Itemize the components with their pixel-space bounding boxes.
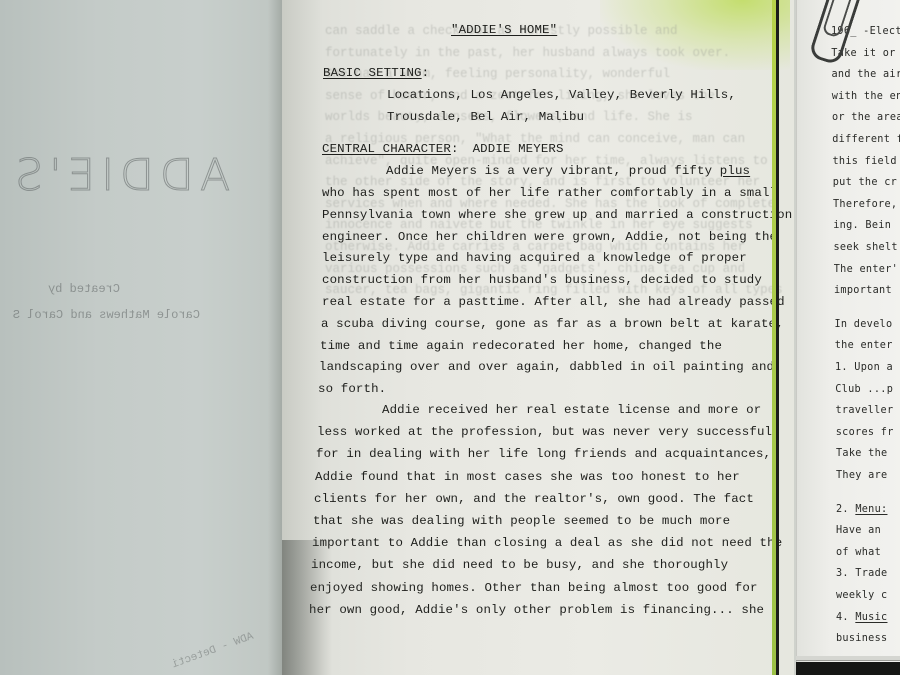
- paragraph-1-line: so forth.: [318, 382, 386, 396]
- document-title: "ADDIE'S HOME": [451, 23, 557, 37]
- paragraph-1-line: real estate for a pasttime. After all, s…: [322, 295, 785, 309]
- right-sheet-line: 1. Upon a: [835, 362, 893, 373]
- basic-setting-label: BASIC SETTING: [323, 66, 422, 80]
- paragraph-1-first-line: Addie Meyers is a very vibrant, proud fi…: [386, 164, 750, 178]
- central-character-label: CENTRAL CHARACTER: [322, 142, 451, 156]
- folder-edge: [776, 0, 779, 675]
- mirrored-cover-title: ADDIE'S HO: [0, 150, 230, 201]
- dark-background-strip: [796, 662, 900, 675]
- paragraph-2-line: clients for her own, and the realtor's, …: [314, 492, 754, 506]
- paragraph-1-line: construction from her husband's business…: [322, 273, 762, 287]
- right-sheet-line: 2. Menu:: [836, 504, 887, 515]
- central-character-name: ADDIE MEYERS: [473, 142, 564, 156]
- right-sheet-line: scores fr: [836, 427, 894, 438]
- paragraph-1-line: Pennsylvania town where she grew up and …: [322, 208, 792, 222]
- central-character-colon: :: [451, 142, 459, 156]
- mirrored-authors: Carole Mathews and Carol S: [0, 308, 200, 322]
- right-sheet-line: this field: [833, 156, 897, 167]
- paragraph-1-line: landscaping over and over again, dabbled…: [319, 360, 774, 374]
- right-sheet-line: 4. Music: [836, 612, 887, 623]
- basic-setting-heading: BASIC SETTING:: [323, 66, 429, 80]
- right-sheet-line: business: [836, 633, 887, 644]
- right-sheet-line: The enter': [834, 264, 898, 275]
- right-sheet-line: put the cr: [833, 177, 897, 188]
- right-sheet-bottom-edge: [796, 656, 900, 661]
- right-sheet-line: They are: [836, 470, 887, 481]
- paragraph-1-line: who has spent most of her life rather co…: [322, 186, 777, 200]
- locations-line-2: Trousdale, Bel Air, Malibu: [387, 110, 584, 124]
- right-sheet-line: Club ...p: [835, 384, 893, 395]
- paragraph-2-line: less worked at the profession, but was n…: [317, 425, 780, 439]
- paragraph-1-line: engineer. Once her children were grown, …: [322, 230, 777, 244]
- right-sheet-line: seek shelt: [834, 242, 898, 253]
- paragraph-2-line: income, but she did need to be busy, and…: [311, 558, 728, 572]
- right-sheet-line: and the air: [832, 69, 900, 80]
- paragraph-1-line: time and time again redecorated her home…: [320, 339, 722, 353]
- right-sheet-line: Have an: [836, 525, 881, 536]
- central-character-heading: CENTRAL CHARACTER:ADDIE MEYERS: [322, 142, 564, 156]
- right-sheet-line: ing. Bein: [833, 220, 891, 231]
- right-sheet-line: traveller: [836, 405, 894, 416]
- locations-line-1: Locations, Los Angeles, Valley, Beverly …: [387, 88, 736, 102]
- right-sheet-line: important: [834, 285, 892, 296]
- paragraph-2-line: important to Addie than closing a deal a…: [312, 536, 782, 550]
- right-sheet-line: with the en: [832, 91, 900, 102]
- basic-setting-colon: :: [422, 66, 430, 80]
- paragraph-2-line: that she was dealing with people seemed …: [313, 514, 730, 528]
- paragraph-1-lead: Addie Meyers is a very vibrant, proud fi…: [386, 164, 720, 178]
- right-sheet-line: or the area: [832, 112, 900, 123]
- right-sheet-line: Therefore,: [833, 199, 897, 210]
- paragraph-2-line: Addie found that in most cases she was t…: [315, 470, 740, 484]
- bleed-through-line: fortunately in the past, her husband alw…: [325, 46, 730, 60]
- paragraph-2-line: her own good, Addie's only other problem…: [309, 603, 764, 617]
- paragraph-1-line: leisurely type and having acquired a kno…: [322, 251, 747, 265]
- right-sheet-line: In develo: [835, 319, 893, 330]
- mirrored-created-by: Created by: [40, 282, 120, 296]
- paragraph-2-line: for in dealing with her life long friend…: [316, 447, 771, 461]
- page-curl-shadow: [282, 540, 332, 675]
- right-sheet-line: the enter: [835, 340, 893, 351]
- right-sheet-line: of what: [836, 547, 881, 558]
- paragraph-1-line: a scuba diving course, gone as far as a …: [321, 317, 784, 331]
- paragraph-2-line: Addie received her real estate license a…: [382, 403, 761, 417]
- underlined-word-plus: plus: [720, 164, 750, 178]
- right-sheet-line: different f: [832, 134, 900, 145]
- right-sheet-line: Take the: [836, 448, 887, 459]
- left-cover-page: [0, 0, 282, 675]
- right-sheet-line: weekly c: [836, 590, 887, 601]
- paragraph-2-line: enjoyed showing homes. Other than being …: [310, 581, 758, 595]
- right-sheet-line: 3. Trade: [836, 568, 887, 579]
